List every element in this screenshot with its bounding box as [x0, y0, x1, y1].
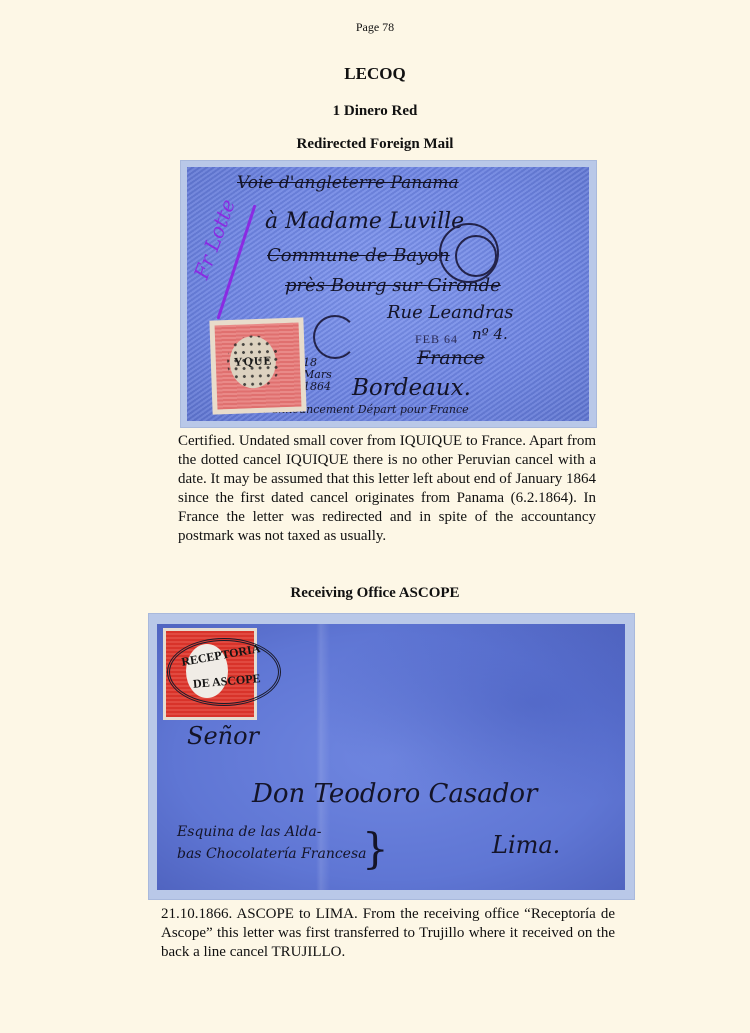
- handwriting-left-note-1: Esquina de las Alda-: [177, 824, 321, 840]
- cancel-text: YQUE: [234, 353, 273, 369]
- handwriting-number: nº 4.: [472, 325, 508, 343]
- postmark-circle-2: [313, 315, 357, 359]
- section-heading-ascope: Receiving Office ASCOPE: [0, 585, 750, 602]
- cover-mount-1: Voie d'angleterre Panama à Madame Luvill…: [180, 160, 597, 428]
- handwriting-addressee: Don Teodoro Casador: [252, 779, 537, 809]
- description-ascope: 21.10.1866. ASCOPE to LIMA. From the rec…: [161, 905, 615, 962]
- handwriting-addressee: à Madame Luville: [265, 209, 464, 234]
- author-heading: LECOQ: [0, 64, 750, 84]
- handwriting-route: Voie d'angleterre Panama: [237, 173, 459, 193]
- stamp-1-dinero-red: YQUE: [209, 317, 306, 414]
- handwriting-date-note: 18 Mars 1864: [303, 357, 343, 393]
- description-redirected-mail: Certified. Undated small cover from IQUI…: [178, 432, 596, 546]
- postmark-date: FEB 64: [415, 332, 458, 347]
- page-number: Page 78: [0, 20, 750, 35]
- postmark-circle-1-inner: [455, 235, 497, 277]
- cover-image-ascope: RECEPTORIA DE ASCOPE Señor Don Teodoro C…: [157, 624, 625, 890]
- handwriting-forwarding-address: Rue Leandras: [387, 302, 514, 323]
- cover-image-redirected-mail: Voie d'angleterre Panama à Madame Luvill…: [187, 167, 589, 421]
- issue-heading: 1 Dinero Red: [0, 103, 750, 120]
- handwriting-left-note-2: bas Chocolatería Francesa: [177, 846, 367, 862]
- cover-mount-2: RECEPTORIA DE ASCOPE Señor Don Teodoro C…: [148, 613, 635, 900]
- handwriting-city: Bordeaux.: [352, 375, 471, 401]
- handwriting-city: Lima.: [492, 831, 560, 859]
- handwriting-line2: Commune de Bayon: [267, 245, 450, 266]
- section-heading-redirected: Redirected Foreign Mail: [0, 136, 750, 153]
- handwriting-country: France: [417, 347, 485, 369]
- handwriting-salutation: Señor: [187, 722, 259, 750]
- handwriting-brace: }: [362, 824, 389, 873]
